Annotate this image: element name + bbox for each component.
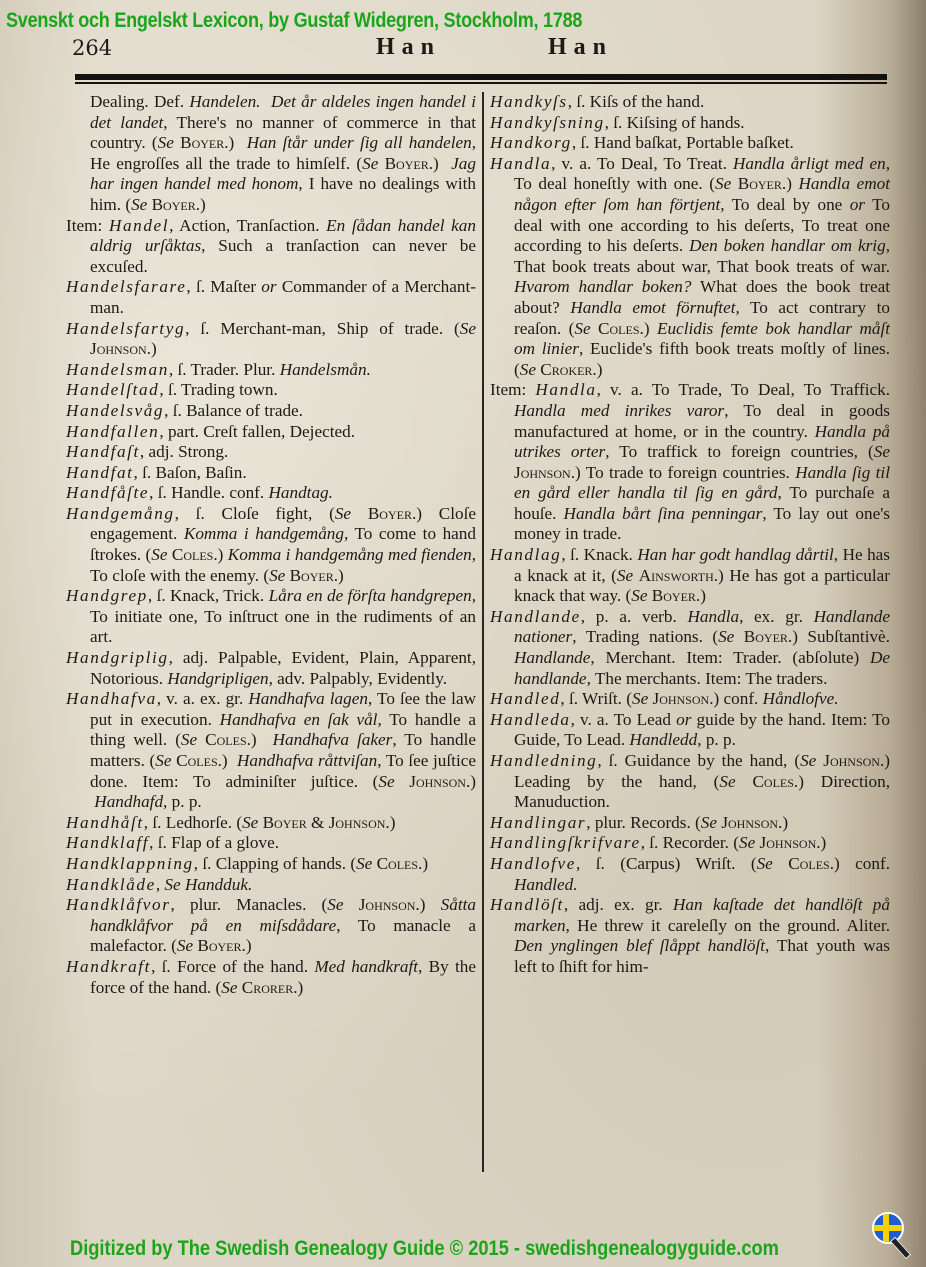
dictionary-entry: Handhåſt, ſ. Ledhorſe. (Se Boyer & Johns… bbox=[66, 813, 476, 834]
dictionary-entry: Handklåde, Se Handduk. bbox=[66, 875, 476, 896]
dictionary-entry: Handfaſt, adj. Strong. bbox=[66, 442, 476, 463]
header-rule-thick bbox=[75, 74, 887, 80]
dictionary-entry: Handledning, ſ. Guidance by the hand, (S… bbox=[490, 751, 890, 813]
dictionary-entry: Handgemång, ſ. Cloſe fight, (Se Boyer.) … bbox=[66, 504, 476, 586]
watermark-title: Svenskt och Engelskt Lexicon, by Gustaf … bbox=[6, 9, 582, 33]
dictionary-entry: Handelsvåg, ſ. Balance of trade. bbox=[66, 401, 476, 422]
dictionary-entry: Handkorg, ſ. Hand baſkat, Portable baſke… bbox=[490, 133, 890, 154]
right-column: Handkyſs, ſ. Kiſs of the hand.Handkyſsni… bbox=[490, 92, 890, 978]
dictionary-entry: Item: Handel, Action, Tranſaction. En ſå… bbox=[66, 216, 476, 278]
dictionary-entry: Handgrep, ſ. Knack, Trick. Låra en de fö… bbox=[66, 586, 476, 648]
dictionary-entry: Dealing. Def. Handelen. Det år aldeles i… bbox=[66, 92, 476, 216]
dictionary-entry: Handelsfartyg, ſ. Merchant-man, Ship of … bbox=[66, 319, 476, 360]
sweden-flag-icon bbox=[872, 1212, 904, 1244]
dictionary-entry: Handlag, ſ. Knack. Han har godt handlag … bbox=[490, 545, 890, 607]
watermark-credit: Digitized by The Swedish Genealogy Guide… bbox=[70, 1237, 779, 1261]
dictionary-entry: Handla, v. a. To Deal, To Treat. Handla … bbox=[490, 154, 890, 381]
dictionary-entry: Handelsman, ſ. Trader. Plur. Handelsmån. bbox=[66, 360, 476, 381]
dictionary-entry: Handlöſt, adj. ex. gr. Han kaſtade det h… bbox=[490, 895, 890, 977]
dictionary-entry: Handleda, v. a. To Lead or guide by the … bbox=[490, 710, 890, 751]
dictionary-entry: Handkyſsning, ſ. Kiſsing of hands. bbox=[490, 113, 890, 134]
dictionary-entry: Item: Handla, v. a. To Trade, To Deal, T… bbox=[490, 380, 890, 545]
dictionary-entry: Handelſtad, ſ. Trading town. bbox=[66, 380, 476, 401]
dictionary-entry: Handfallen, part. Creſt fallen, Dejected… bbox=[66, 422, 476, 443]
dictionary-entry: Handklappning, ſ. Clapping of hands. (Se… bbox=[66, 854, 476, 875]
dictionary-entry: Handlingar, plur. Records. (Se Johnson.) bbox=[490, 813, 890, 834]
dictionary-entry: Handklåfvor, plur. Manacles. (Se Johnson… bbox=[66, 895, 476, 957]
running-head-right: Han bbox=[548, 34, 613, 61]
dictionary-entry: Handgriplig, adj. Palpable, Evident, Pla… bbox=[66, 648, 476, 689]
dictionary-entry: Handkraft, ſ. Force of the hand. Med han… bbox=[66, 957, 476, 998]
dictionary-entry: Handkyſs, ſ. Kiſs of the hand. bbox=[490, 92, 890, 113]
running-head-left: Han bbox=[376, 34, 441, 61]
header-rule-thin bbox=[75, 82, 887, 84]
dictionary-entry: Handhafva, v. a. ex. gr. Handhafva lagen… bbox=[66, 689, 476, 813]
dictionary-entry: Handlofve, ſ. (Carpus) Wriſt. (Se Coles.… bbox=[490, 854, 890, 895]
dictionary-entry: Handlande, p. a. verb. Handla, ex. gr. H… bbox=[490, 607, 890, 689]
column-divider bbox=[482, 92, 484, 1172]
dictionary-entry: Handklaff, ſ. Flap of a glove. bbox=[66, 833, 476, 854]
left-column: Dealing. Def. Handelen. Det år aldeles i… bbox=[66, 92, 476, 998]
dictionary-entry: Handled, ſ. Wriſt. (Se Johnson.) conf. H… bbox=[490, 689, 890, 710]
dictionary-entry: Handlingſkrifvare, ſ. Recorder. (Se John… bbox=[490, 833, 890, 854]
magnifier-handle-icon bbox=[890, 1237, 911, 1260]
dictionary-entry: Handelsfarare, ſ. Maſter or Commander of… bbox=[66, 277, 476, 318]
dictionary-entry: Handfat, ſ. Baſon, Baſin. bbox=[66, 463, 476, 484]
page-number: 264 bbox=[72, 36, 112, 60]
dictionary-entry: Handfåſte, ſ. Handle. conf. Handtag. bbox=[66, 483, 476, 504]
